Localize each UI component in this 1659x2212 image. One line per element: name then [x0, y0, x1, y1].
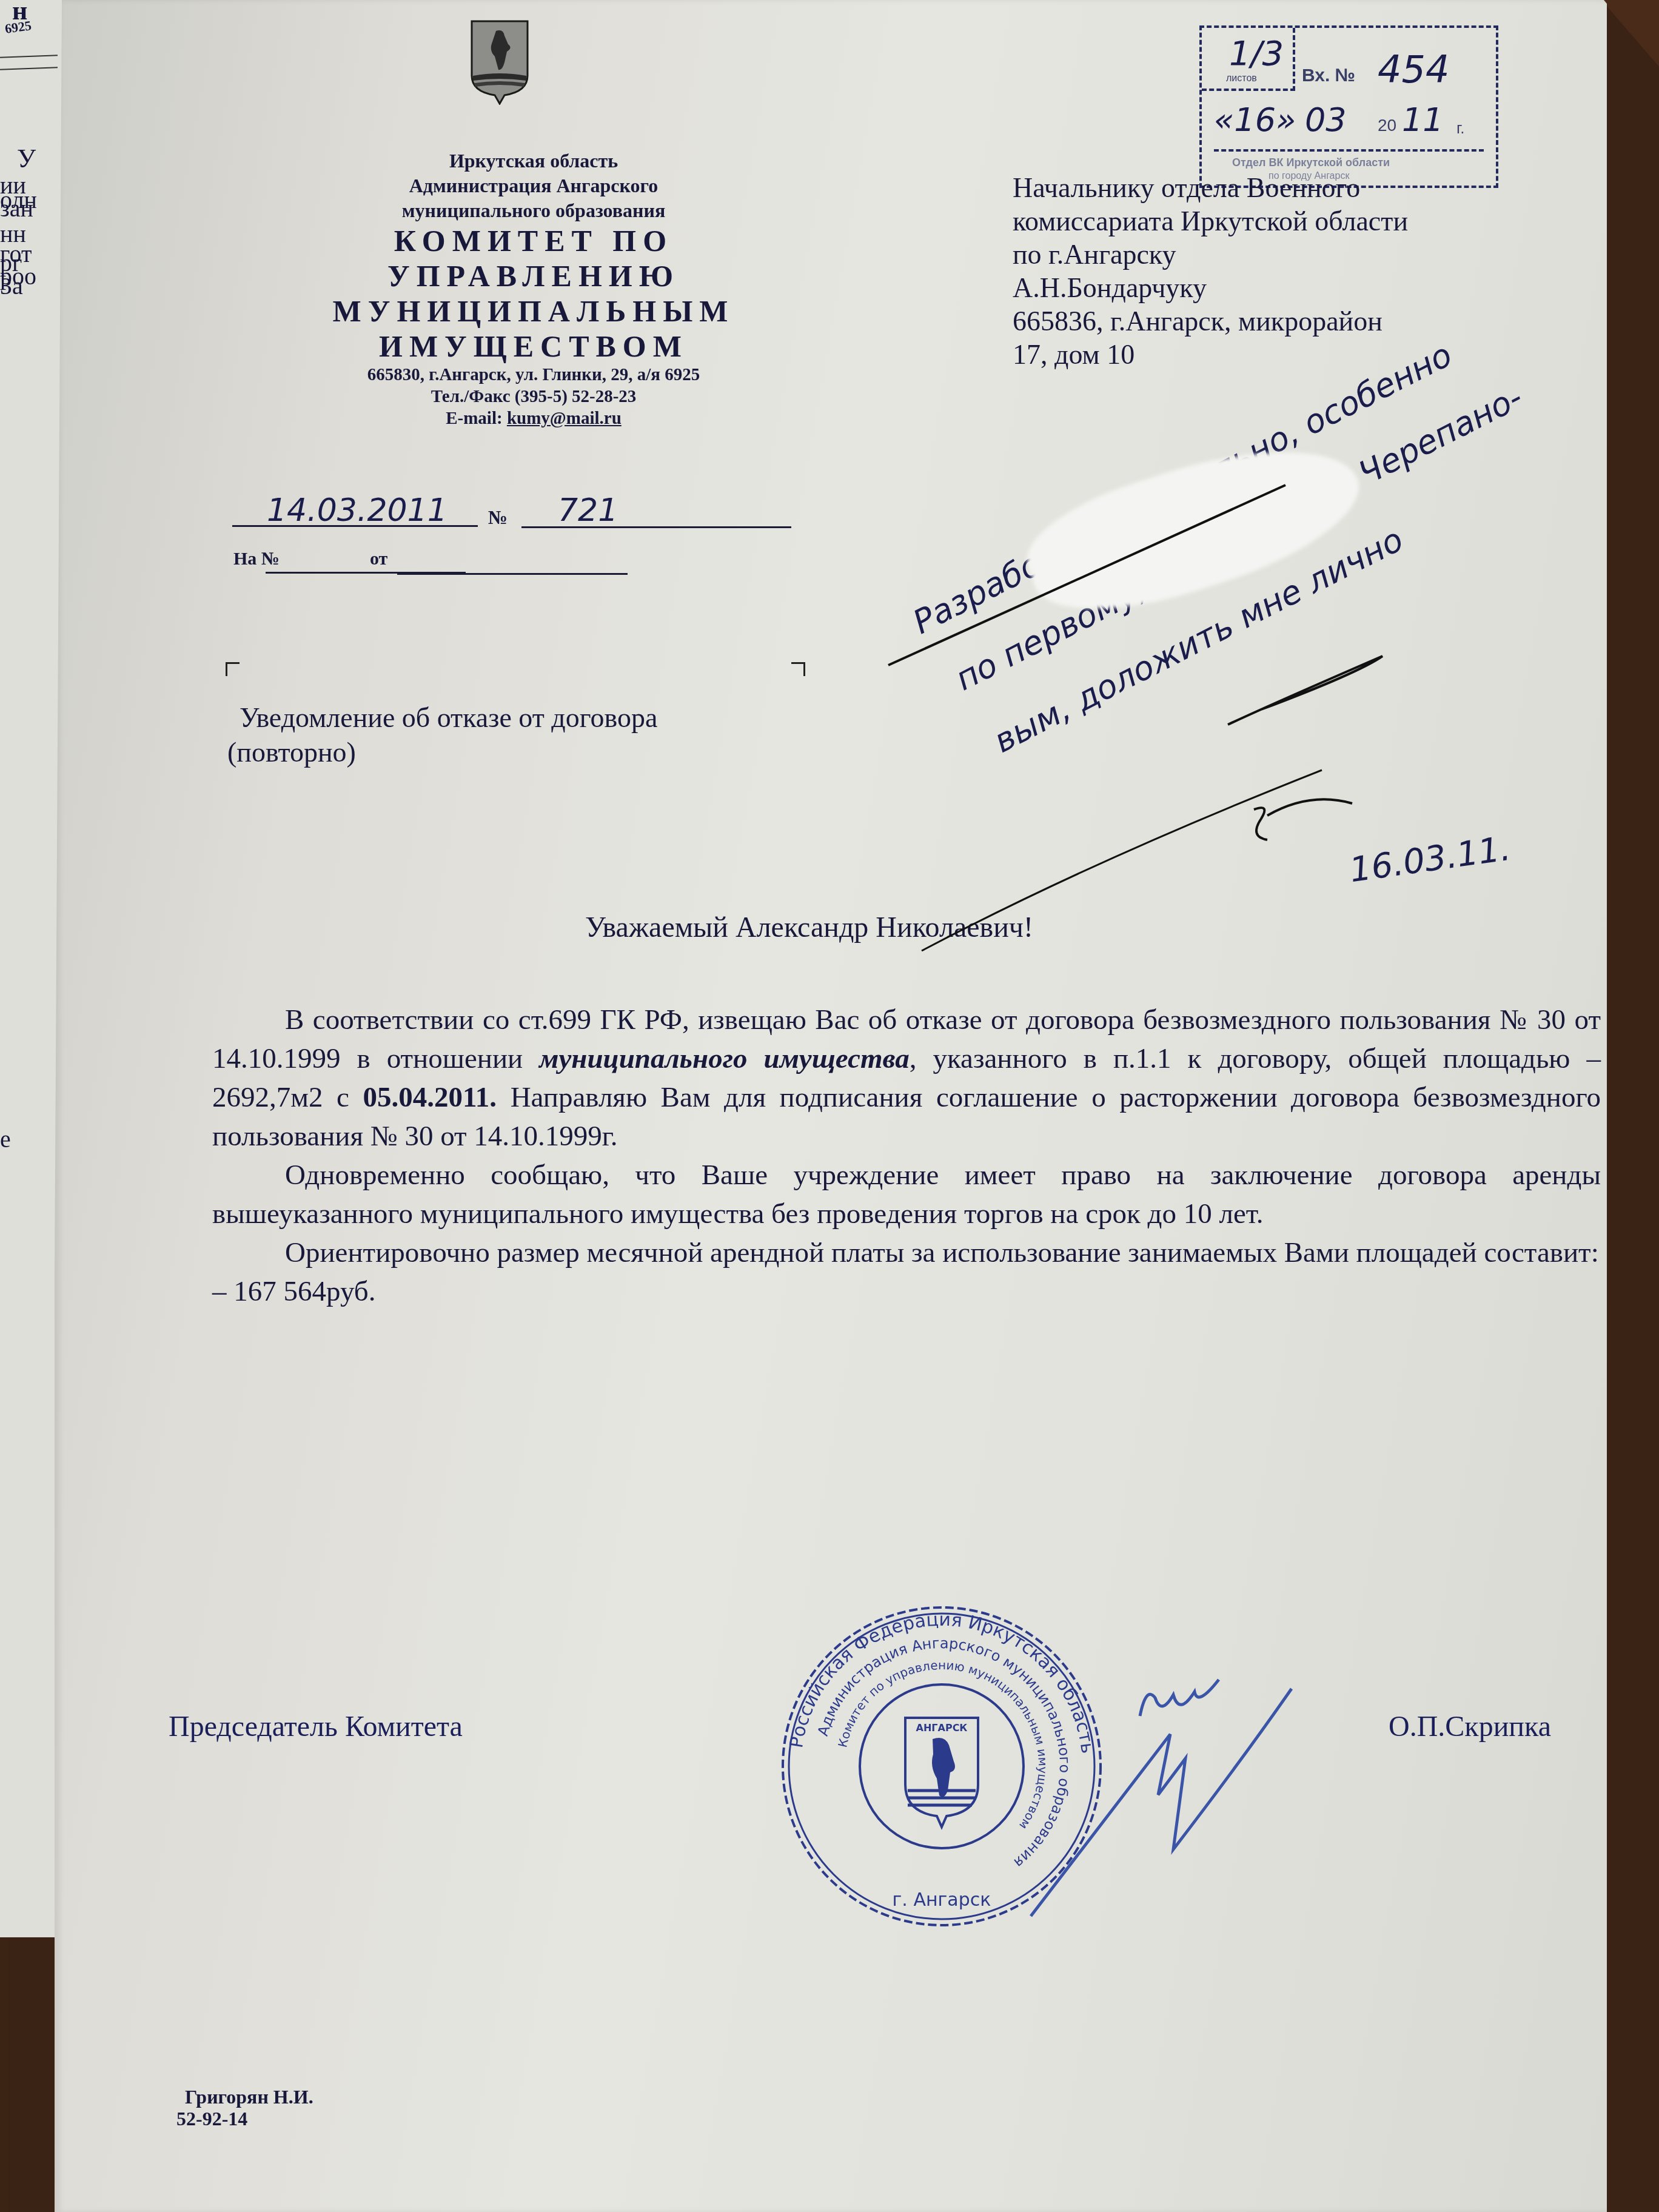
pen-strokes [0, 0, 1659, 2212]
chairman-signature-stroke [1140, 1680, 1219, 1716]
chairman-signature-stroke [1031, 1689, 1292, 1916]
resolution-flourish-stroke [1228, 656, 1382, 725]
executor-name: Григорян Н.И. [185, 2086, 313, 2108]
resolution-long-stroke [922, 770, 1322, 951]
resolution-signature-stroke [1254, 799, 1352, 840]
executor-phone: 52-92-14 [176, 2108, 313, 2130]
resolution-underline-stroke [888, 485, 1285, 665]
executor-block: Григорян Н.И. 52-92-14 [185, 2086, 313, 2130]
